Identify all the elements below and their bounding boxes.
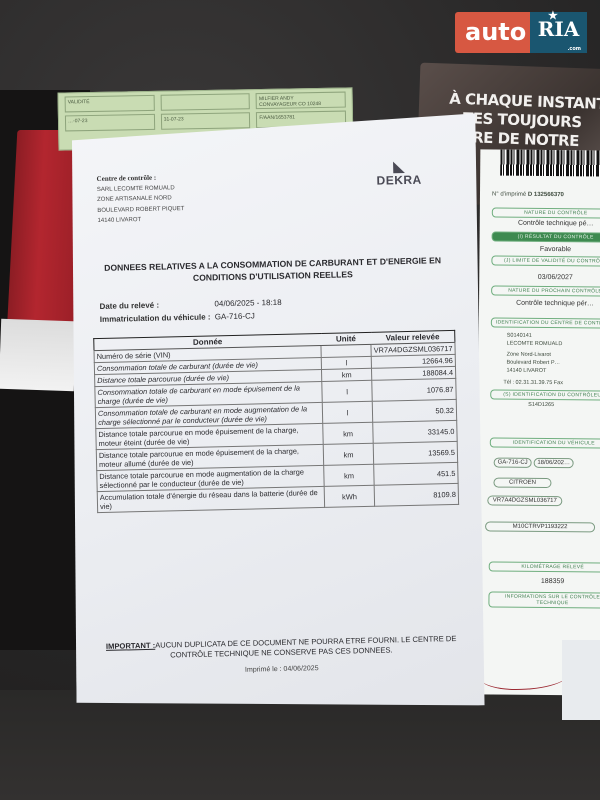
cert-cell: 31-07-23 — [161, 112, 251, 130]
plate-value: GA-716-CJ — [215, 311, 255, 321]
row-value: 13569.5 — [373, 441, 457, 464]
background-bottom — [0, 690, 600, 800]
vehicle-vin: VR7A4DGZSML036717 — [487, 495, 562, 506]
white-card — [562, 640, 600, 720]
nature-value: Contrôle technique pé… — [492, 220, 600, 228]
address-line: 14140 LIVAROT — [506, 367, 600, 376]
consumption-table: Donnée Unité Valeur relevée Numéro de sé… — [93, 330, 459, 513]
row-label: Accumulation totale d'énergie du réseau … — [97, 486, 325, 512]
mileage-band: KILOMÉTRAGE RELEVÉ — [489, 561, 600, 572]
vehicle-type-code: M10CTRVP1193222 — [485, 521, 595, 532]
dekra-brand: DEKRA — [376, 173, 421, 188]
row-unit: kWh — [324, 485, 374, 507]
row-value: 33145.0 — [373, 420, 457, 443]
nature-band: NATURE DU CONTRÔLE — [492, 208, 600, 219]
row-value: 1076.87 — [372, 378, 456, 401]
date-value: 04/06/2025 - 18:18 — [214, 298, 281, 309]
print-number-label: N° d'imprimé — [492, 192, 526, 198]
result-band: (I) RÉSULTAT DU CONTRÔLE — [492, 232, 600, 243]
plate-label: Immatriculation du véhicule : — [100, 310, 215, 326]
print-number: D 132566370 — [528, 192, 564, 198]
fuel-energy-report: Centre de contrôle : SARL LECOMTE ROMUAL… — [63, 113, 488, 714]
center-band: IDENTIFICATION DU CENTRE DE CONTRÔLE — [491, 317, 600, 328]
important-key: IMPORTANT : — [106, 641, 155, 651]
row-unit: km — [324, 464, 374, 486]
info-band: INFORMATIONS SUR LE CONTRÔLE TECHNIQUE — [488, 591, 600, 608]
vehicle-band: IDENTIFICATION DU VÉHICULE — [490, 437, 600, 448]
control-center-line: 14140 LIVAROT — [97, 214, 184, 226]
document-title: DONNEES RELATIVES A LA CONSOMMATION DE C… — [97, 254, 449, 286]
star-icon: ★ — [548, 10, 558, 21]
watermark-auto: auto — [455, 12, 530, 53]
autoria-watermark: auto ★ RIA .com — [455, 12, 587, 53]
row-unit: km — [323, 443, 373, 465]
mileage-value: 188359 — [489, 577, 600, 585]
technical-control-report: N° d'imprimé D 132566370 NATURE DU CONTR… — [476, 149, 600, 695]
row-unit: l — [322, 401, 372, 423]
center-details: S0140141 LECOMTE ROMUALD Zone Nord-Livar… — [506, 332, 600, 376]
controller-band: (S) IDENTIFICATION DU CONTRÔLEUR — [490, 389, 600, 400]
control-center-info: Centre de contrôle : SARL LECOMTE ROMUAL… — [97, 172, 185, 226]
cert-cell: VALIDITÉ — [65, 95, 155, 113]
controller-number: S14D1265 — [528, 402, 600, 409]
dekra-mark-icon: ◣ — [376, 159, 421, 174]
important-text: AUCUN DUPLICATA DE CE DOCUMENT NE POURRA… — [155, 634, 456, 659]
white-folder-strip — [0, 319, 76, 392]
barcode-icon — [500, 150, 600, 177]
row-value: 8109.8 — [374, 483, 458, 506]
phone-line: Tél : 02.31.31.39.75 Fax — [503, 380, 600, 387]
row-value: 451.5 — [374, 462, 458, 485]
printed-date: Imprimé le : 04/06/2025 — [76, 661, 488, 677]
important-notice: IMPORTANT :AUCUN DUPLICATA DE CE DOCUMEN… — [105, 634, 457, 662]
result-value: Favorable — [491, 246, 600, 254]
next-control-band: NATURE DU PROCHAIN CONTRÔLE — [491, 285, 600, 296]
validity-value: 03/06/2027 — [491, 273, 600, 281]
vehicle-make: CITROEN — [493, 478, 551, 489]
cert-cell: …-07-23 — [65, 114, 155, 132]
row-value: 50.32 — [372, 399, 456, 422]
cert-cell — [160, 93, 250, 111]
validity-band: (J) LIMITE DE VALIDITÉ DU CONTRÔLE — [491, 256, 600, 267]
vehicle-date: 18/06/202… — [533, 458, 574, 468]
dekra-logo: ◣ DEKRA — [376, 159, 422, 188]
cert-cell: MILFIER ANDYCONVAYAGEUR CO 10248 — [256, 92, 346, 110]
next-control-value: Contrôle technique pér… — [491, 299, 600, 307]
report-meta: Date du relevé :04/06/2025 - 18:18 Immat… — [99, 296, 282, 326]
row-unit: km — [323, 422, 373, 444]
vehicle-plate: GA-716-CJ — [494, 458, 532, 468]
row-unit: l — [322, 380, 372, 402]
company-name: LECOMTE ROMUALD — [507, 340, 600, 349]
watermark-ria: ★ RIA .com — [530, 12, 587, 53]
